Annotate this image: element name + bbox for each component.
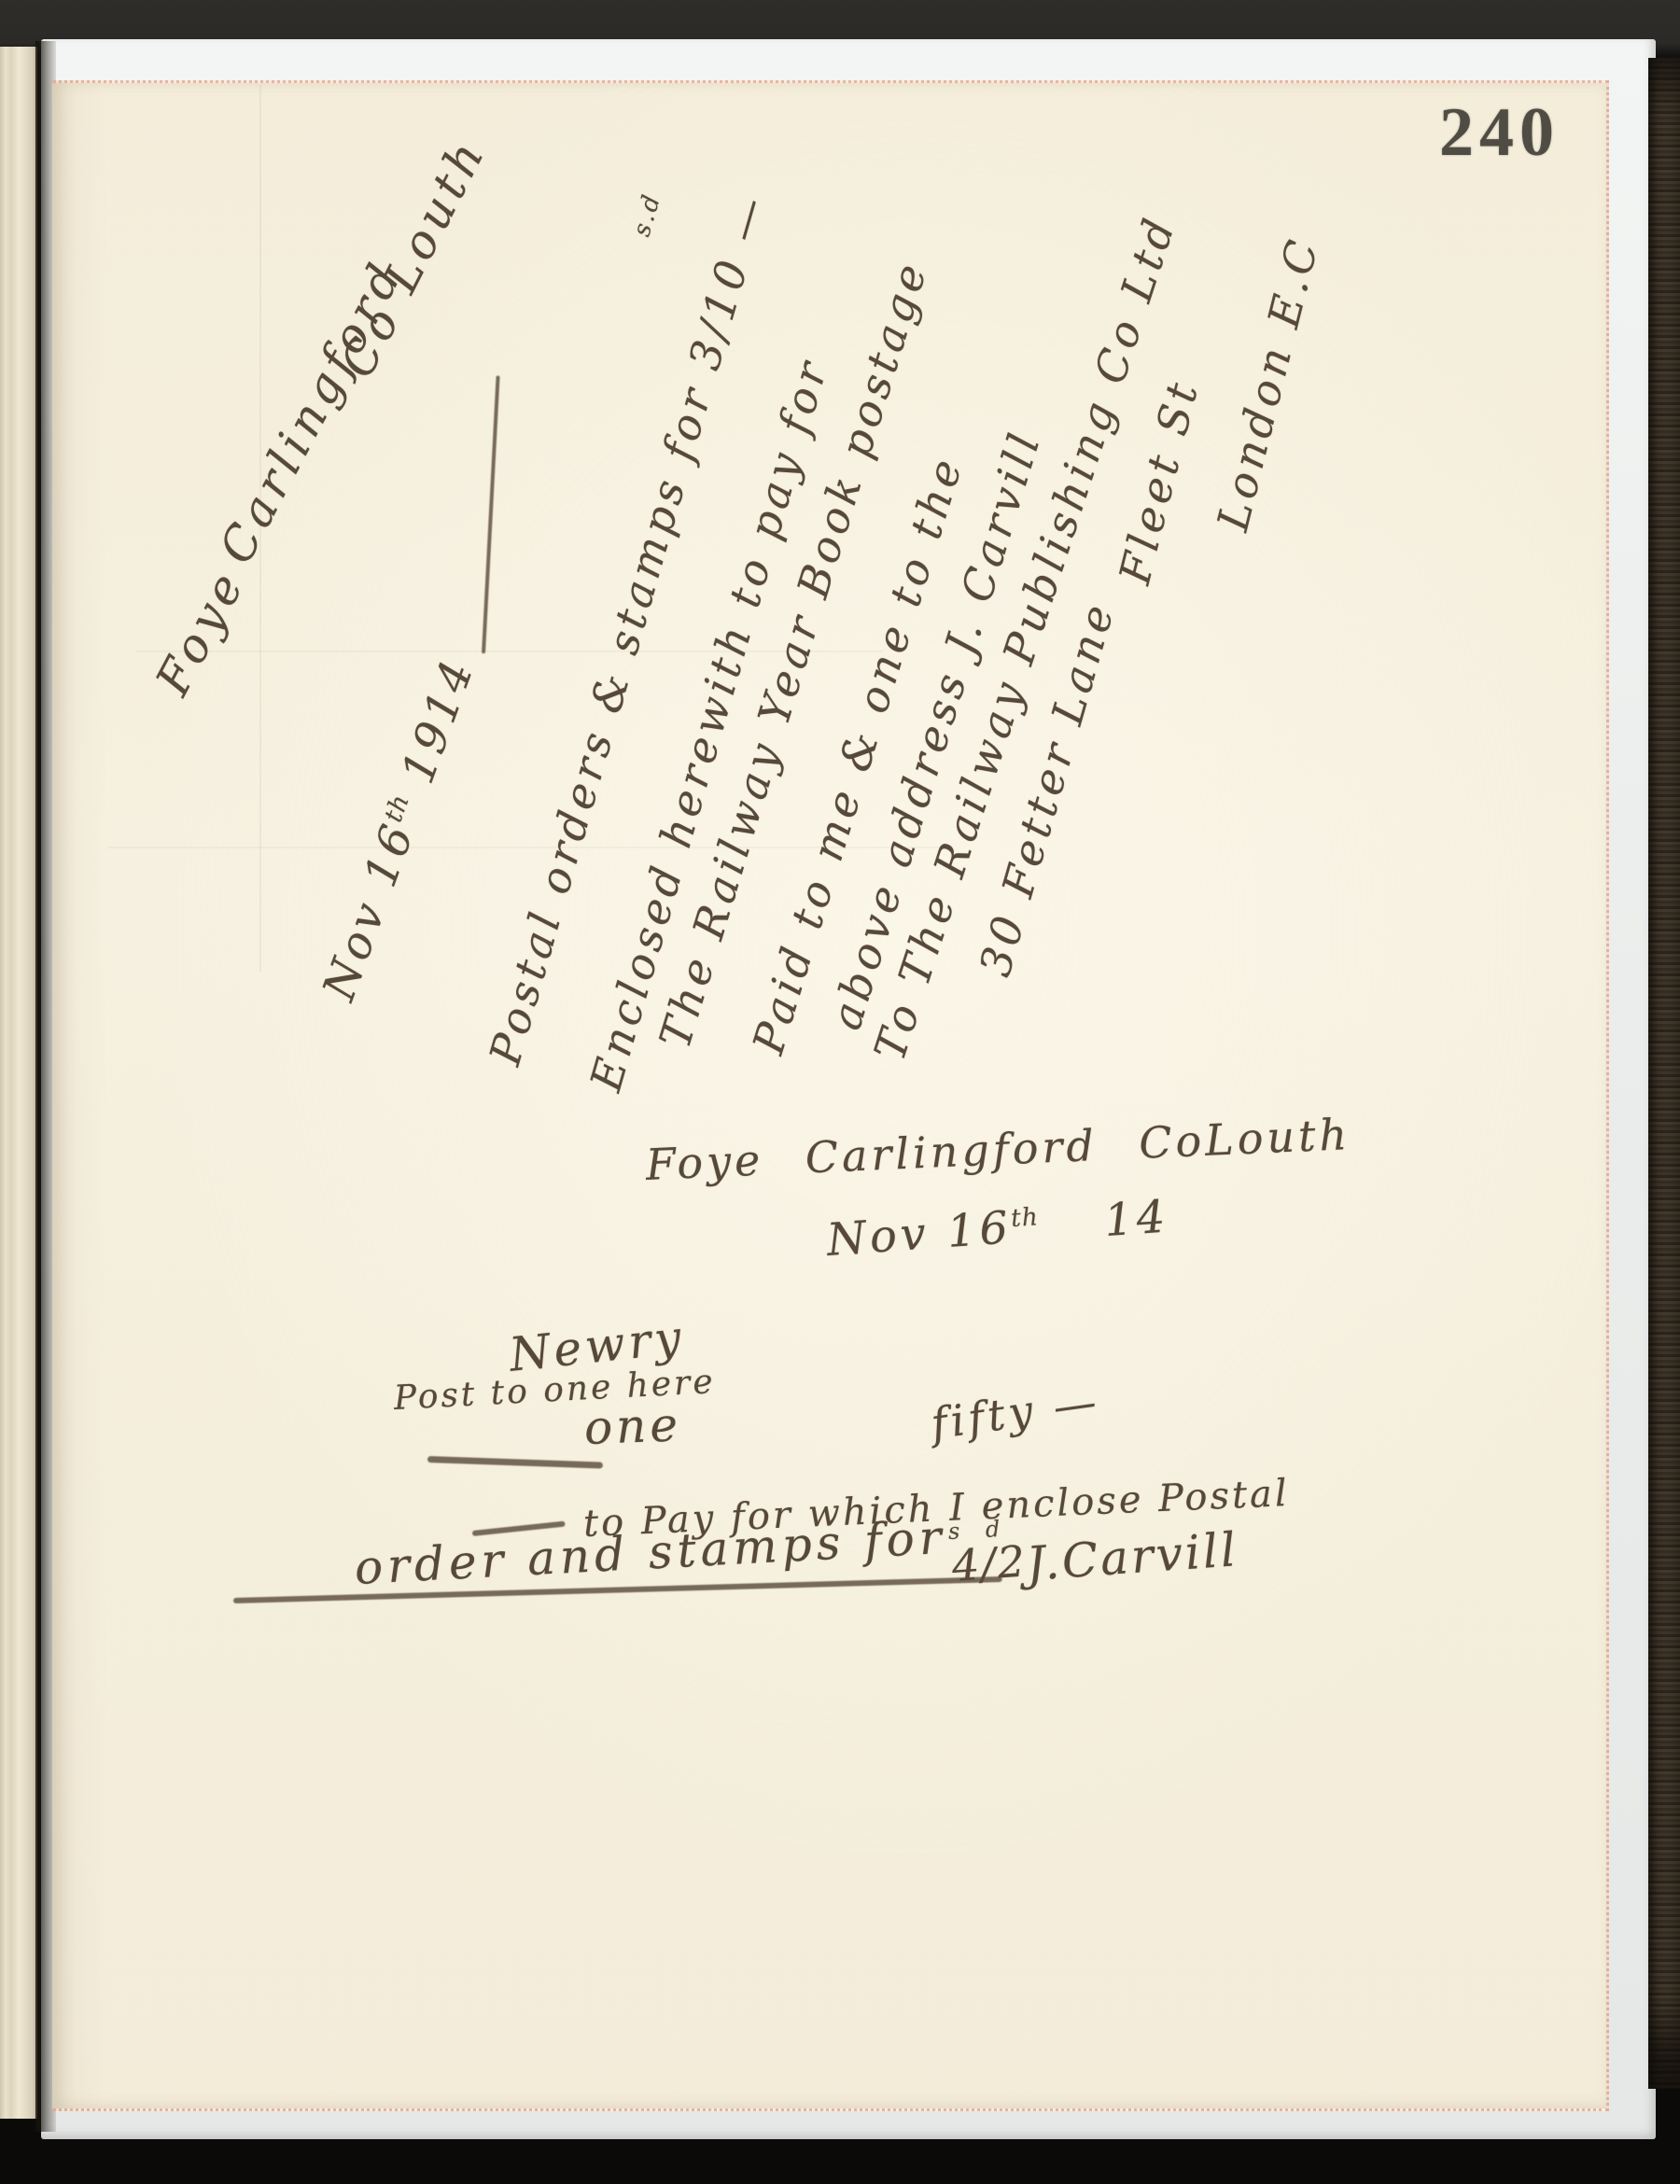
docket-date-year: 14 [1102,1190,1170,1247]
note-word-one: one [583,1398,682,1455]
book-fore-edge [1648,58,1680,2089]
folio-number-stamp: 240 [1439,93,1560,173]
docket-date-ordinal: th [1010,1202,1040,1233]
scanned-book-spread: 240 Foye Carlingford Co Louth Nov 16th 1… [0,0,1680,2184]
facing-page-edge [0,47,37,2119]
